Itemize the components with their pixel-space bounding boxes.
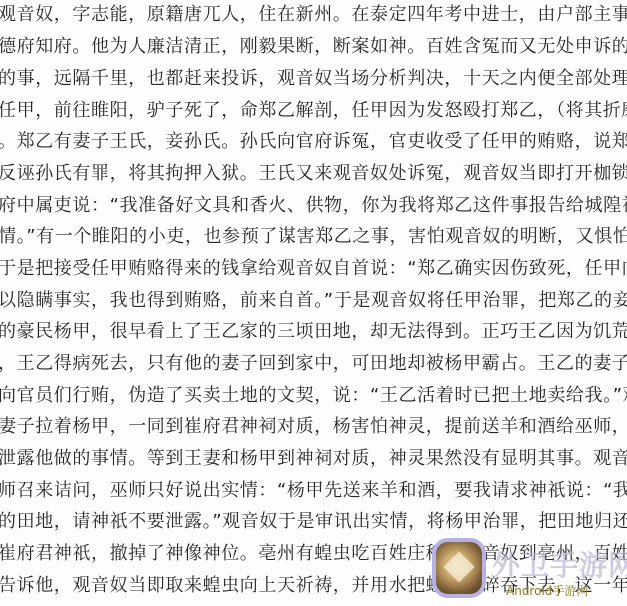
text-line: 情。”有一个睢阳的小吏，也参预了谋害郑乙之事，害怕观音奴的明断，又惧怕神仙暴露其 (0, 226, 627, 248)
watermark-text: 外卫手游网 (492, 544, 627, 584)
text-line: 。郑乙有妻子王氏，妾孙氏。孙氏向官府诉冤，官吏收受了任甲的贿赂，说郑乙不是因伤而 (0, 131, 627, 153)
text-line: ，王乙得病死去，只有他的妻子回到家中，可田地却被杨甲霸占。王乙的妻子向官府告状 (0, 353, 627, 375)
text-line: 妻子拉着杨甲，一同到崔府君神祠对质，杨害怕神灵，提前送羊和酒给巫师，央求巫师求神 (0, 416, 627, 438)
text-line: 德府知府。他为人廉洁清正，刚毅果断，断案如神。百姓含冤而又无处申诉的，即使是几十 (0, 36, 627, 58)
watermark-subtext: Android手游网 (506, 582, 588, 599)
text-line: 的田地，请神祇不要泄露。”观音奴于是审讯出实情，将杨甲治罪，把田地归还给王家，并 (0, 511, 627, 533)
document-page: 观音奴，字志能，原籍唐兀人，住在新州。在泰定四年考中进士，由户部主事经两次升迁任… (0, 0, 627, 606)
logo-facet (443, 551, 474, 582)
text-line: 向官员们行贿，伪造了买卖土地的文契，说：“王乙活着时已把土地卖给我。”观音奴令王 (0, 385, 627, 407)
text-line: 的豪民杨甲，很早看上了王乙家的三顷田地，却无法得到。正巧王乙因为饥荒带着妻子到淮 (0, 321, 627, 343)
text-line: 以隐瞒事实，我也得到贿赂，前来自首。”于是观音奴将任甲治罪，把郑乙的妾孙氏释放。 (0, 290, 627, 312)
gem-logo-icon (432, 538, 486, 598)
text-line: 泄露他做的事情。等到王妻和杨甲到神祠对质，神灵果然没有显明其事。观音奴对此有怀疑 (0, 448, 627, 470)
text-line: 观音奴，字志能，原籍唐兀人，住在新州。在泰定四年考中进士，由户部主事经两次升迁任 (0, 4, 627, 26)
text-line: 师召来诘问，巫师只好说出实情：“杨甲先送来羊和酒，要我请求神祇说：“我确实占有了 (0, 480, 627, 502)
text-line: 反诬孙氏有罪，将其拘押入狱。王氏又来观音奴处诉冤，观音奴当即打开枷锁，放孙氏出狱 (0, 163, 627, 185)
text-line: 府中属吏说：“我准备好文具和香火、供物，你为我将郑乙这件事报告给城隍神，让神告诉 (0, 195, 627, 217)
text-line: 任甲，前往睢阳，驴子死了，命郑乙解剖，任甲因为发怒殴打郑乙，（将其折磨）一夜之后 (0, 100, 627, 122)
text-line: 于是把接受任甲贿赂得来的钱拿给观音奴自首说：“郑乙确实因伤致死，任甲向上下官员行 (0, 258, 627, 280)
text-line: 的事，远隔千里，也都赶来投诉，观音奴当场分析判决，十天之内便全部处理清楚。彰德县 (0, 68, 627, 90)
watermark: 外卫手游网 Android手游网 (432, 538, 627, 606)
